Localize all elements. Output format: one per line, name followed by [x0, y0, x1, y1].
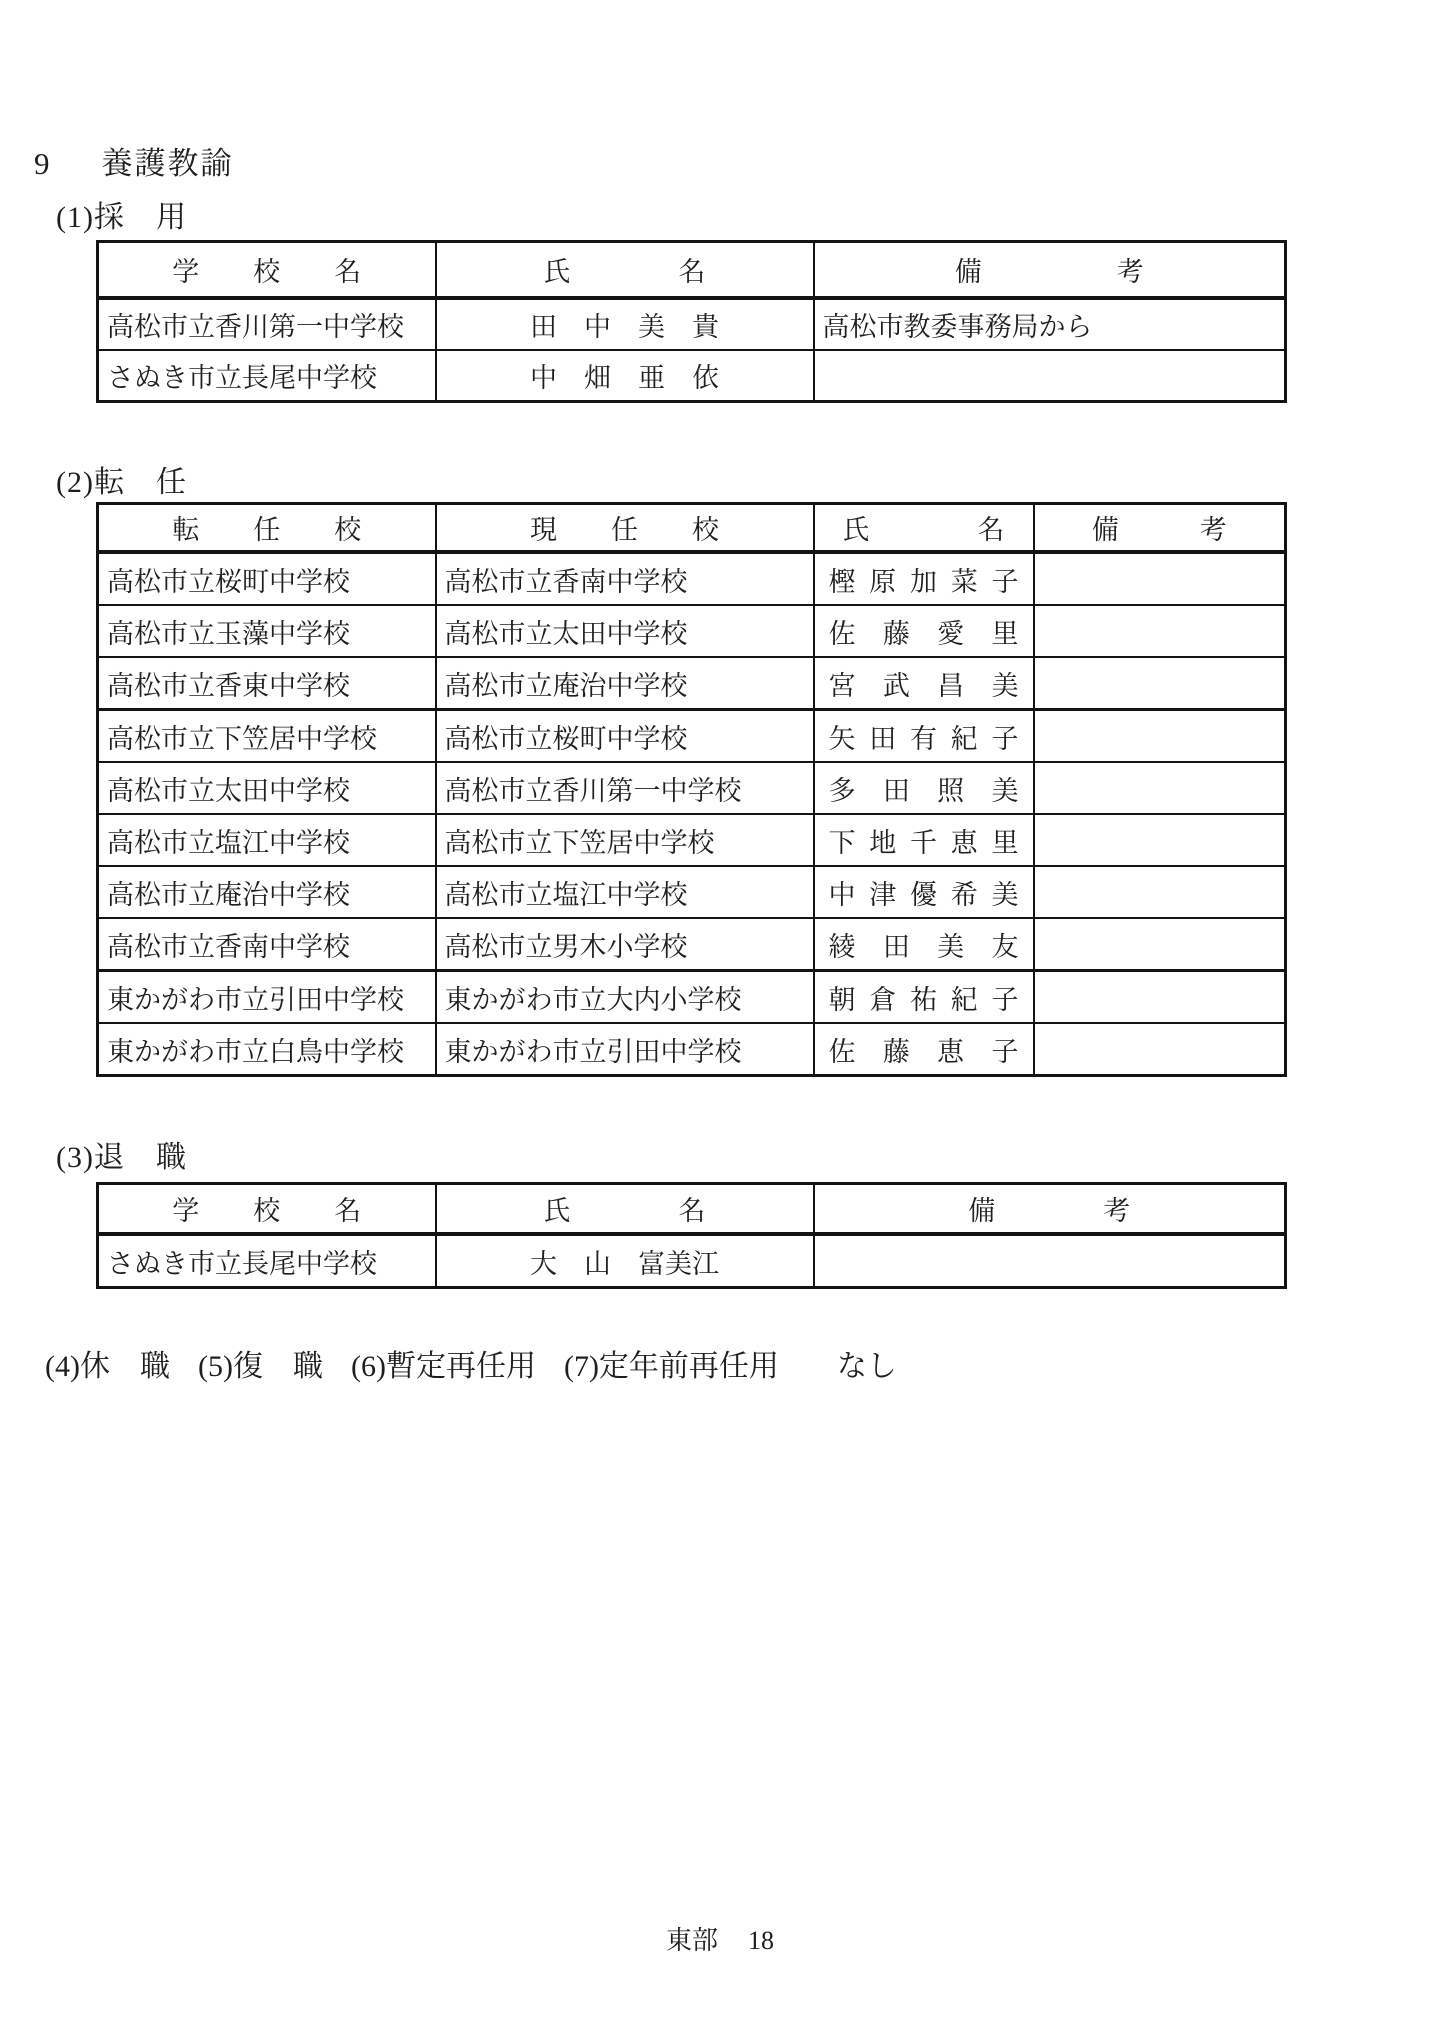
- cell-name: 中津優希美: [814, 866, 1034, 918]
- cell-name: 樫原加菜子: [814, 552, 1034, 605]
- cell-remarks: [1034, 605, 1286, 657]
- table-row: 高松市立太田中学校 高松市立香川第一中学校 多田照美: [98, 762, 1286, 814]
- document-page: 9養護教諭 (1)採 用 学 校 名 氏 名 備 考 高松市立香川第一中学校 田…: [0, 0, 1440, 2036]
- cell-remarks: [1034, 814, 1286, 866]
- label-recruitment-number: (1): [56, 201, 94, 234]
- label-transfer-number: (2): [56, 466, 94, 499]
- others-result: なし: [837, 1350, 897, 1383]
- cell-new-school: 高松市立塩江中学校: [98, 814, 436, 866]
- label-recruitment: (1)採 用: [56, 200, 1440, 236]
- cell-remarks: [1034, 971, 1286, 1024]
- cell-new-school: 高松市立玉藻中学校: [98, 605, 436, 657]
- cell-name: 大 山 富美江: [436, 1234, 814, 1288]
- cell-current-school: 高松市立香川第一中学校: [436, 762, 814, 814]
- table-row: 高松市立香南中学校 高松市立男木小学校 綾田美友: [98, 918, 1286, 971]
- cell-remarks: [1034, 552, 1286, 605]
- table-row: 高松市立香東中学校 高松市立庵治中学校 宮武昌美: [98, 657, 1286, 710]
- cell-current-school: 高松市立塩江中学校: [436, 866, 814, 918]
- cell-name: 田 中 美 貴: [436, 298, 814, 350]
- table-header-row: 学 校 名 氏 名 備 考: [98, 1184, 1286, 1235]
- cell-new-school: 高松市立香南中学校: [98, 918, 436, 971]
- recruitment-table: 学 校 名 氏 名 備 考 高松市立香川第一中学校 田 中 美 貴 高松市教委事…: [96, 240, 1287, 403]
- header-new-school: 転 任 校: [98, 504, 436, 553]
- header-name: 氏 名: [814, 504, 1034, 553]
- cell-new-school: 東かがわ市立引田中学校: [98, 971, 436, 1024]
- cell-remarks: [1034, 710, 1286, 763]
- label-retirement-number: (3): [56, 1141, 94, 1174]
- table-row: 高松市立庵治中学校 高松市立塩江中学校 中津優希美: [98, 866, 1286, 918]
- header-school-name: 学 校 名: [98, 242, 436, 299]
- cell-new-school: 高松市立香東中学校: [98, 657, 436, 710]
- table-row: 高松市立玉藻中学校 高松市立太田中学校 佐藤愛里: [98, 605, 1286, 657]
- table-row: 高松市立下笠居中学校 高松市立桜町中学校 矢田有紀子: [98, 710, 1286, 763]
- cell-school-name: さぬき市立長尾中学校: [98, 350, 436, 402]
- cell-current-school: 高松市立下笠居中学校: [436, 814, 814, 866]
- table-header-row: 転 任 校 現 任 校 氏 名 備 考: [98, 504, 1286, 553]
- other-categories-line: (4)休 職(5)復 職(6)暫定再任用(7)定年前再任用なし: [45, 1349, 1440, 1385]
- table-row: 東かがわ市立引田中学校 東かがわ市立大内小学校 朝倉祐紀子: [98, 971, 1286, 1024]
- cell-current-school: 東かがわ市立大内小学校: [436, 971, 814, 1024]
- label-retirement: (3)退 職: [56, 1140, 1440, 1176]
- other-category-leave: (4)休 職: [45, 1350, 170, 1383]
- label-retirement-text: 退 職: [94, 1141, 187, 1174]
- cell-remarks: 高松市教委事務局から: [814, 298, 1286, 350]
- header-name: 氏 名: [436, 1184, 814, 1235]
- header-name: 氏 名: [436, 242, 814, 299]
- cell-name: 綾田美友: [814, 918, 1034, 971]
- cell-remarks: [814, 350, 1286, 402]
- other-category-reinstatement: (5)復 職: [198, 1350, 323, 1383]
- retirement-table: 学 校 名 氏 名 備 考 さぬき市立長尾中学校 大 山 富美江: [96, 1182, 1287, 1289]
- cell-new-school: 高松市立桜町中学校: [98, 552, 436, 605]
- cell-school-name: さぬき市立長尾中学校: [98, 1234, 436, 1288]
- cell-remarks: [1034, 657, 1286, 710]
- label-transfer-text: 転 任: [94, 466, 187, 499]
- page-title: 9養護教諭: [34, 146, 1440, 182]
- cell-current-school: 高松市立男木小学校: [436, 918, 814, 971]
- transfer-table: 転 任 校 現 任 校 氏 名 備 考 高松市立桜町中学校 高松市立香南中学校 …: [96, 502, 1287, 1077]
- page-title-text: 養護教諭: [102, 146, 234, 181]
- table-row: 東かがわ市立白鳥中学校 東かがわ市立引田中学校 佐藤恵子: [98, 1023, 1286, 1076]
- label-recruitment-text: 採 用: [94, 201, 187, 234]
- header-remarks: 備 考: [1034, 504, 1286, 553]
- header-school-name: 学 校 名: [98, 1184, 436, 1235]
- header-current-school: 現 任 校: [436, 504, 814, 553]
- cell-remarks: [1034, 1023, 1286, 1076]
- page-footer: 東部18: [0, 1920, 1440, 1957]
- cell-current-school: 高松市立太田中学校: [436, 605, 814, 657]
- cell-name: 中 畑 亜 依: [436, 350, 814, 402]
- cell-new-school: 高松市立庵治中学校: [98, 866, 436, 918]
- label-transfer: (2)転 任: [56, 465, 1440, 501]
- table-row: さぬき市立長尾中学校 大 山 富美江: [98, 1234, 1286, 1288]
- cell-new-school: 東かがわ市立白鳥中学校: [98, 1023, 436, 1076]
- cell-name: 佐藤愛里: [814, 605, 1034, 657]
- cell-current-school: 高松市立庵治中学校: [436, 657, 814, 710]
- cell-new-school: 高松市立太田中学校: [98, 762, 436, 814]
- cell-name: 矢田有紀子: [814, 710, 1034, 763]
- cell-school-name: 高松市立香川第一中学校: [98, 298, 436, 350]
- cell-name: 多田照美: [814, 762, 1034, 814]
- cell-current-school: 高松市立香南中学校: [436, 552, 814, 605]
- other-category-provisional-reappointment: (6)暫定再任用: [351, 1350, 536, 1383]
- cell-remarks: [1034, 866, 1286, 918]
- table-row: 高松市立桜町中学校 高松市立香南中学校 樫原加菜子: [98, 552, 1286, 605]
- cell-name: 宮武昌美: [814, 657, 1034, 710]
- footer-region: 東部: [666, 1926, 718, 1955]
- document-content: 9養護教諭 (1)採 用 学 校 名 氏 名 備 考 高松市立香川第一中学校 田…: [0, 0, 1440, 1385]
- footer-page-number: 18: [748, 1926, 774, 1955]
- cell-new-school: 高松市立下笠居中学校: [98, 710, 436, 763]
- cell-name: 下地千恵里: [814, 814, 1034, 866]
- table-row: 高松市立塩江中学校 高松市立下笠居中学校 下地千恵里: [98, 814, 1286, 866]
- table-row: 高松市立香川第一中学校 田 中 美 貴 高松市教委事務局から: [98, 298, 1286, 350]
- cell-current-school: 高松市立桜町中学校: [436, 710, 814, 763]
- header-remarks: 備 考: [814, 1184, 1286, 1235]
- cell-remarks: [814, 1234, 1286, 1288]
- page-title-number: 9: [34, 146, 52, 181]
- cell-name: 朝倉祐紀子: [814, 971, 1034, 1024]
- cell-name: 佐藤恵子: [814, 1023, 1034, 1076]
- table-row: さぬき市立長尾中学校 中 畑 亜 依: [98, 350, 1286, 402]
- header-remarks: 備 考: [814, 242, 1286, 299]
- table-header-row: 学 校 名 氏 名 備 考: [98, 242, 1286, 299]
- cell-remarks: [1034, 762, 1286, 814]
- cell-current-school: 東かがわ市立引田中学校: [436, 1023, 814, 1076]
- cell-remarks: [1034, 918, 1286, 971]
- other-category-pre-retirement-reappointment: (7)定年前再任用: [564, 1350, 779, 1383]
